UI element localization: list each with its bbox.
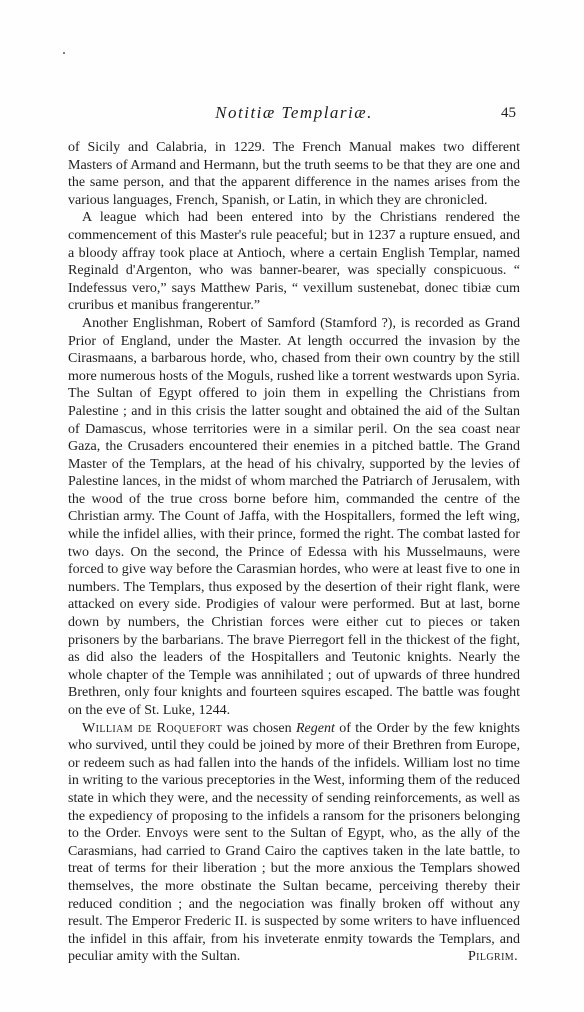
paragraph-battle: Another Englishman, Robert of Samford (S… xyxy=(68,315,520,720)
scan-speck xyxy=(63,52,65,54)
paragraph-text: of the Order by the few knights who surv… xyxy=(68,721,520,965)
scan-speck xyxy=(345,942,347,944)
scan-speck xyxy=(198,937,200,939)
paragraph-text: was chosen xyxy=(222,721,296,736)
paragraph-continuation: of Sicily and Calabria, in 1229. The Fre… xyxy=(68,139,520,209)
signature-name: Pilgrim. xyxy=(468,949,518,964)
regent-italic: Regent xyxy=(296,721,335,736)
name-smallcaps: William de Roquefort xyxy=(82,721,222,736)
running-head: Notitiæ Templariæ. 45 xyxy=(68,103,520,123)
page-number: 45 xyxy=(501,105,516,122)
body-text: of Sicily and Calabria, in 1229. The Fre… xyxy=(68,139,520,966)
paragraph-league: A league which had been entered into by … xyxy=(68,209,520,315)
page-title: Notitiæ Templariæ. xyxy=(215,103,373,122)
book-page: Notitiæ Templariæ. 45 of Sicily and Cala… xyxy=(0,0,584,1012)
paragraph-roquefort: William de Roquefort was chosen Regent o… xyxy=(68,720,520,966)
